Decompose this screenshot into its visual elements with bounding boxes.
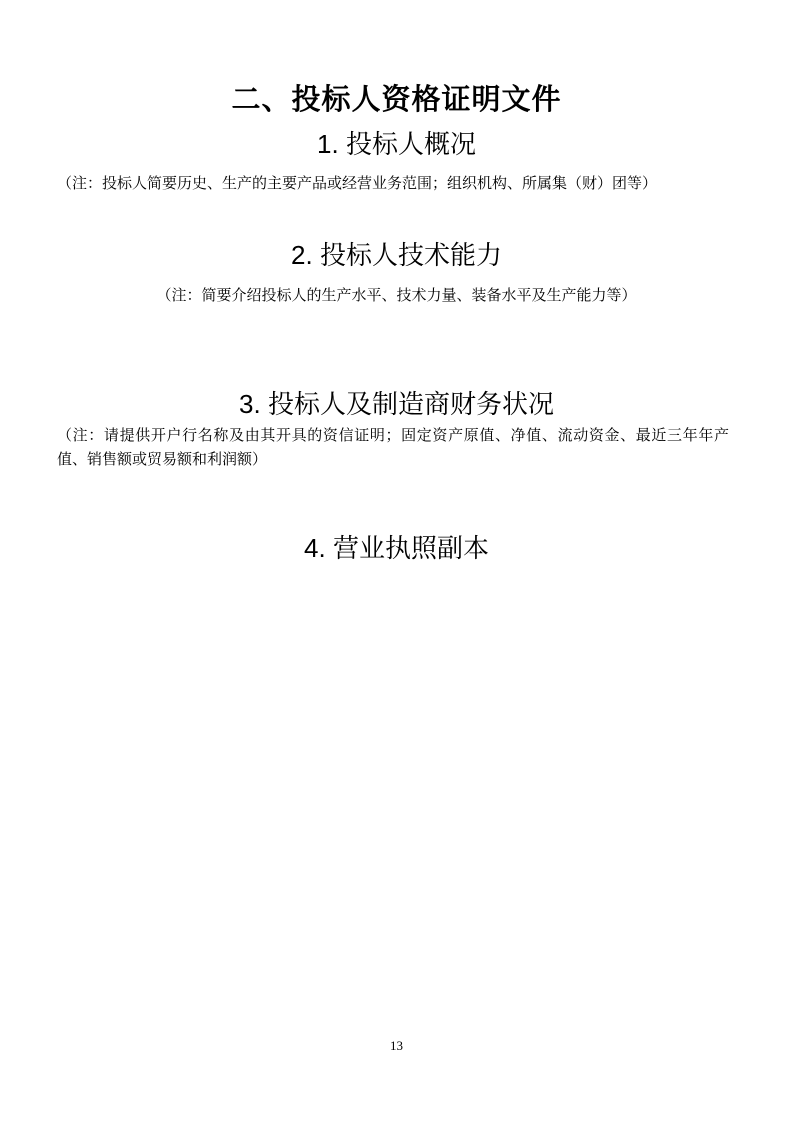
section-heading-financial-status: 3. 投标人及制造商财务状况 <box>0 390 793 418</box>
section-note-bidder-overview: （注：投标人简要历史、生产的主要产品或经营业务范围；组织机构、所属集（财）团等） <box>57 172 733 196</box>
section-note-technical-capability: （注：简要介绍投标人的生产水平、技术力量、装备水平及生产能力等） <box>0 284 793 308</box>
document-page: 二、投标人资格证明文件 1. 投标人概况 （注：投标人简要历史、生产的主要产品或… <box>0 0 793 1122</box>
document-title: 二、投标人资格证明文件 <box>0 84 793 116</box>
section-heading-business-license: 4. 营业执照副本 <box>0 534 793 562</box>
page-number: 13 <box>0 1038 793 1053</box>
section-note-financial-status: （注：请提供开户行名称及由其开具的资信证明；固定资产原值、净值、流动资金、最近三… <box>57 424 729 472</box>
section-heading-technical-capability: 2. 投标人技术能力 <box>0 241 793 269</box>
section-heading-bidder-overview: 1. 投标人概况 <box>0 130 793 158</box>
